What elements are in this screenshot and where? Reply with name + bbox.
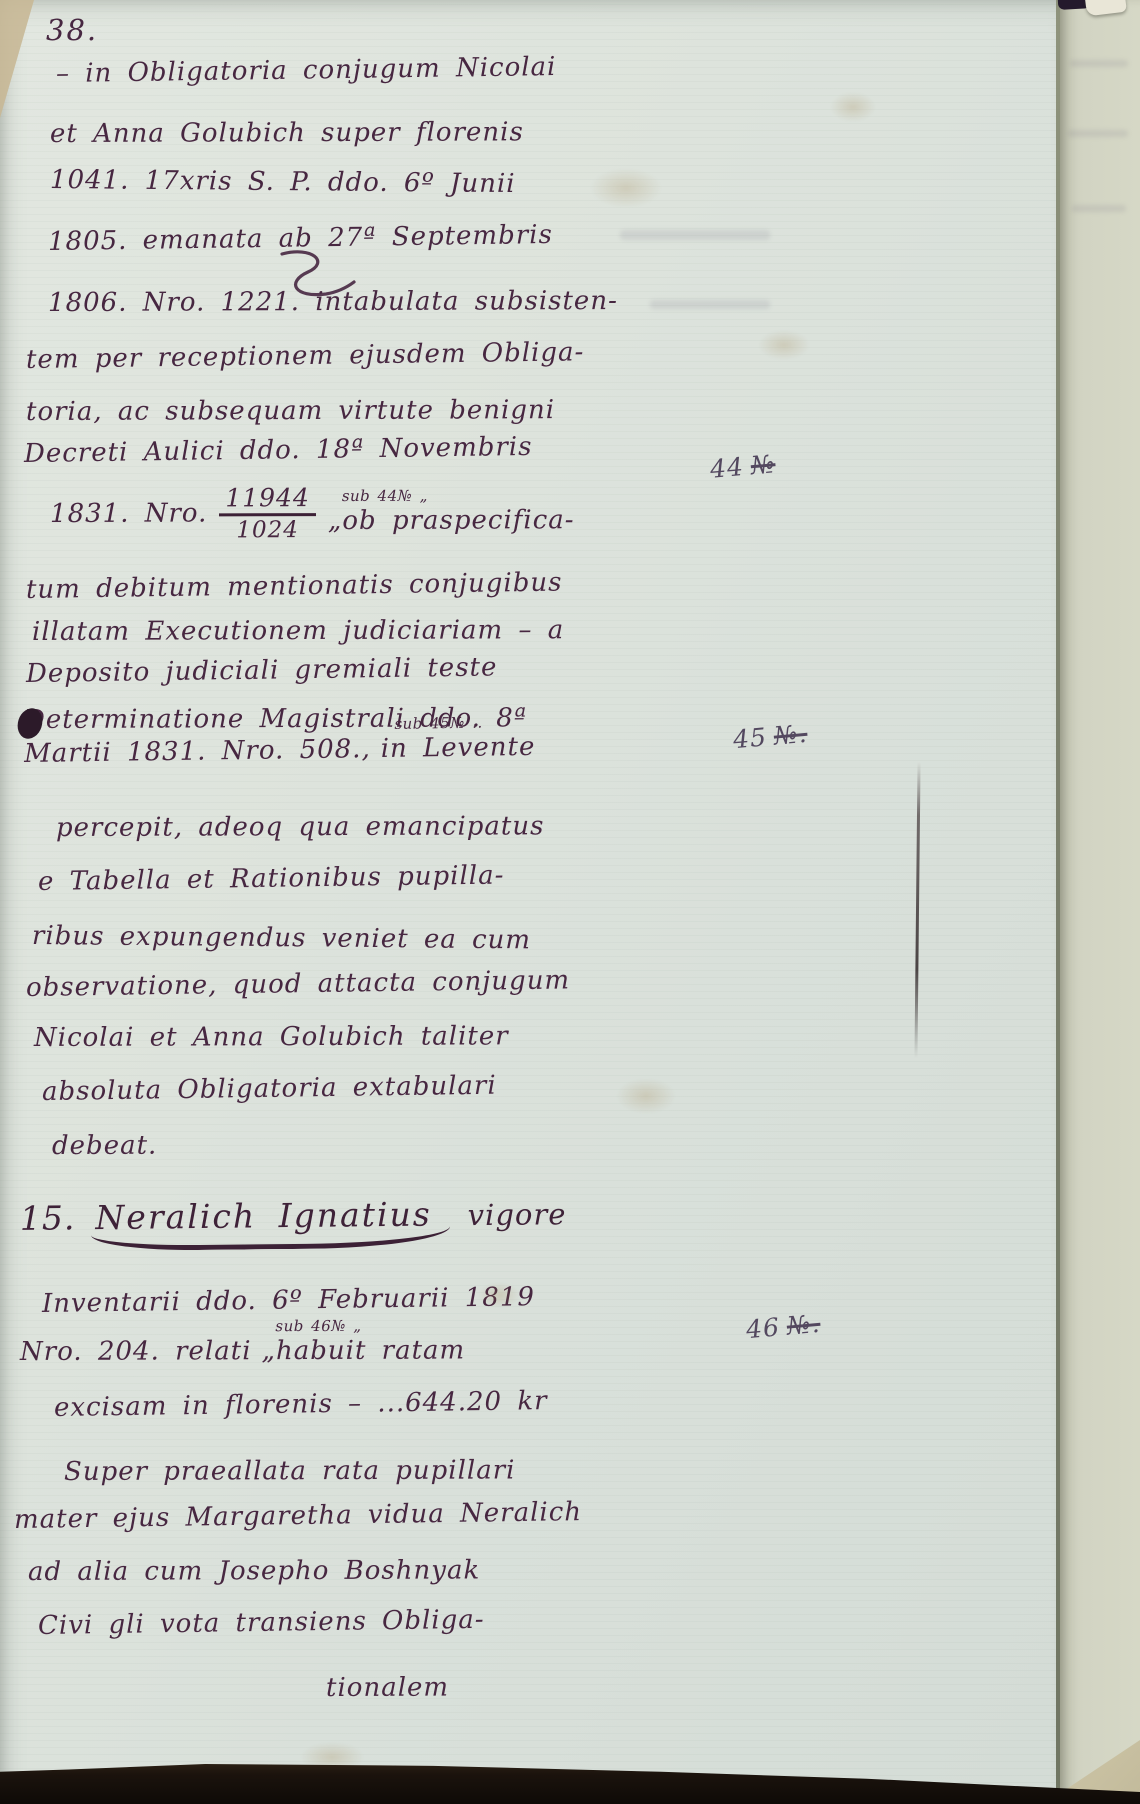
entry-line: Decreti Aulici ddo. 18ª Novembris: [24, 431, 533, 471]
relati-after: „habuit ratam: [261, 1334, 465, 1367]
margin-note: 44№: [709, 449, 777, 484]
annotated-phrase: sub 46№ „ „habuit ratam: [261, 1318, 465, 1367]
entry-name-underlined: Neralich Ignatius: [91, 1194, 450, 1251]
stain: [758, 330, 810, 360]
entry-line: ad alia cum Josepho Boshnyak: [28, 1554, 480, 1588]
stain: [616, 1078, 676, 1114]
margin-note-number: 46: [745, 1312, 781, 1344]
entry-line: – in Obligatoria conjugum Nicolai: [56, 51, 557, 90]
entry-line: illatam Executionem judiciariam – a: [32, 614, 564, 648]
entry-line: e Tabella et Rationibus pupilla-: [38, 859, 505, 898]
martii-after: in Levente: [381, 731, 536, 766]
entry-heading-suffix: vigore: [468, 1197, 567, 1232]
martii-line: Martii 1831. Nro. 508., sub 45№ .. in Le…: [24, 715, 536, 771]
entry-line: observatione, quod attacta conjugum: [26, 964, 571, 1004]
document-number-fraction: 11944 1024: [219, 485, 316, 543]
entry-line: mater ejus Margaretha vidua Neralich: [14, 1496, 583, 1536]
margin-note-mark: №: [750, 449, 777, 480]
entry-line: Inventarii ddo. 6º Februarii 1819: [42, 1281, 535, 1320]
manuscript-scan: 38. – in Obligatoria conjugum Nicolai et…: [0, 0, 1140, 1804]
relati-before: Nro. 204. relati: [20, 1335, 252, 1368]
entry-line: Civi gli vota transiens Obliga-: [38, 1604, 485, 1643]
interlinear-note: sub 45№ ..: [394, 716, 483, 732]
interlinear-note: sub 44№ „: [342, 489, 428, 504]
margin-note: 46№.: [745, 1309, 822, 1344]
manuscript-page: 38. – in Obligatoria conjugum Nicolai et…: [0, 0, 1060, 1804]
bleed-through-mark: [650, 300, 770, 309]
entry-line: 1041. 17xris S. P. ddo. 6º Junii: [50, 164, 516, 201]
entry-line: ribus expungendus veniet ea cum: [32, 920, 531, 957]
margin-note-mark: №.: [773, 719, 809, 751]
margin-note: 45№.: [732, 719, 809, 754]
margin-note-number: 45: [732, 722, 768, 754]
page-number: 38.: [46, 12, 98, 48]
entry-line: tionalem: [326, 1672, 449, 1705]
top-left-paper-edge: [0, 0, 34, 118]
entry-line: toria, ac subsequam virtute benigni: [26, 394, 555, 428]
stain: [590, 168, 662, 208]
martii-before: Martii 1831. Nro. 508.,: [24, 733, 371, 770]
entry-line: percepit, adeoq qua emancipatus: [56, 810, 545, 844]
entry-line: tem per receptionem ejusdem Obliga-: [26, 336, 585, 376]
entry-line: absoluta Obligatoria extabulari: [42, 1070, 497, 1109]
fraction-denominator: 1024: [236, 516, 299, 542]
entry-line: debeat.: [52, 1130, 157, 1163]
annotated-phrase: sub 44№ „ „ob praspecifica-: [328, 489, 575, 538]
margin-note-number: 44: [709, 452, 745, 484]
decree-suffix: „ob praspecifica-: [328, 505, 575, 538]
fraction-numerator: 11944: [219, 485, 316, 517]
page-edge-line: [1056, 0, 1060, 1804]
margin-note-mark: №.: [786, 1309, 822, 1341]
under-page-edge: [1060, 0, 1140, 1804]
decree-prefix: 1831. Nro.: [50, 498, 207, 531]
stain: [830, 92, 876, 122]
entry-line: tum debitum mentionatis conjugibus: [26, 567, 563, 607]
annotated-phrase: sub 45№ .. in Levente: [380, 715, 535, 766]
pen-flourish: [268, 248, 360, 306]
bleed-through-mark: [620, 230, 770, 240]
entry-line: et Anna Golubich super florenis: [50, 116, 524, 150]
entry-line: Deposito judiciali gremiali teste: [26, 651, 498, 690]
entry-line: excisam in florenis – ...644.20 kr: [54, 1385, 548, 1424]
interlinear-note: sub 46№ „: [275, 1319, 361, 1334]
entry-number: 15.: [20, 1198, 76, 1238]
relati-line: Nro. 204. relati sub 46№ „ „habuit ratam: [20, 1318, 465, 1368]
entry-heading: 15. Neralich Ignatius vigore: [20, 1193, 567, 1252]
entry-line: Nicolai et Anna Golubich taliter: [34, 1020, 509, 1054]
entry-line: Super praeallata rata pupillari: [64, 1454, 516, 1488]
decree-number-line: 1831. Nro. 11944 1024 sub 44№ „ „ob pras…: [50, 484, 575, 543]
